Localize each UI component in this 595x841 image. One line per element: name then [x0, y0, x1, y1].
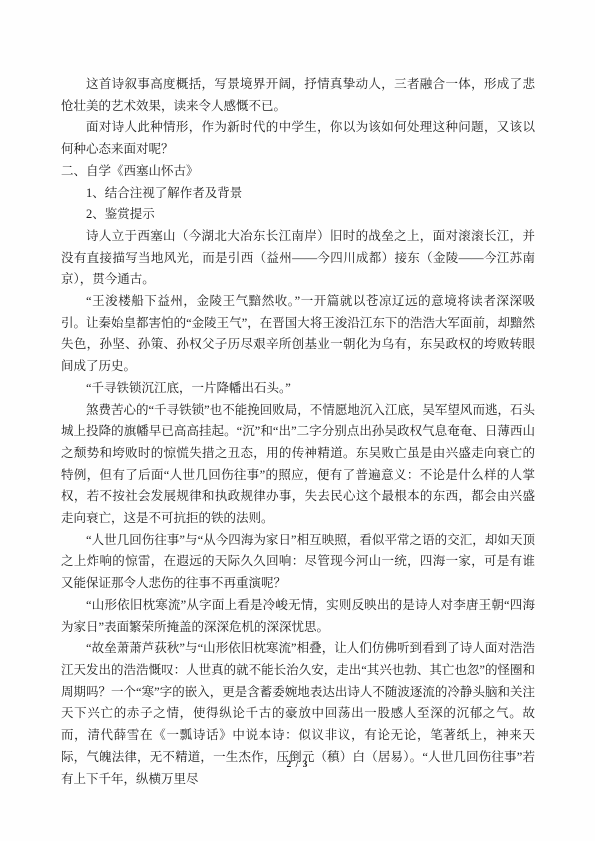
- page-number: 2 / 3: [0, 760, 595, 770]
- paragraph: 2、鉴赏提示: [61, 204, 535, 226]
- paragraph: 1、结合注视了解作者及背景: [61, 183, 535, 205]
- paragraph: “王浚楼船下益州，金陵王气黯然收。”一开篇就以苍凉辽远的意境将读者深深吸引。让秦…: [61, 291, 535, 378]
- document-page: 这首诗叙事高度概括，写景境界开阔，抒情真挚动人，三者融合一体，形成了悲怆壮美的艺…: [0, 0, 595, 841]
- paragraph: “山形依旧枕寒流”从字面上看是冷峻无情，实则反映出的是诗人对李唐王朝“四海为家日…: [61, 595, 535, 638]
- paragraph: “千寻铁锁沉江底，一片降幡出石头。”: [61, 378, 535, 400]
- paragraph: 面对诗人此种情形，作为新时代的中学生，你以为该如何处理这种问题，又该以何种心态来…: [61, 117, 535, 160]
- section-heading: 二、自学《西塞山怀古》: [61, 161, 535, 183]
- paragraph: 诗人立于西塞山（今湖北大冶东长江南岸）旧时的战垒之上，面对滚滚长江，并没有直接描…: [61, 226, 535, 291]
- paragraph: “人世几回伤往事”与“从今四海为家日”相互映照，看似平常之语的交汇，却如天顶之上…: [61, 530, 535, 595]
- paragraph: 这首诗叙事高度概括，写景境界开阔，抒情真挚动人，三者融合一体，形成了悲怆壮美的艺…: [61, 74, 535, 117]
- paragraph: 煞费苦心的“千寻铁锁”也不能挽回败局，不情愿地沉入江底，吴军望风而逃，石头城上投…: [61, 400, 535, 530]
- document-body: 这首诗叙事高度概括，写景境界开阔，抒情真挚动人，三者融合一体，形成了悲怆壮美的艺…: [61, 74, 535, 790]
